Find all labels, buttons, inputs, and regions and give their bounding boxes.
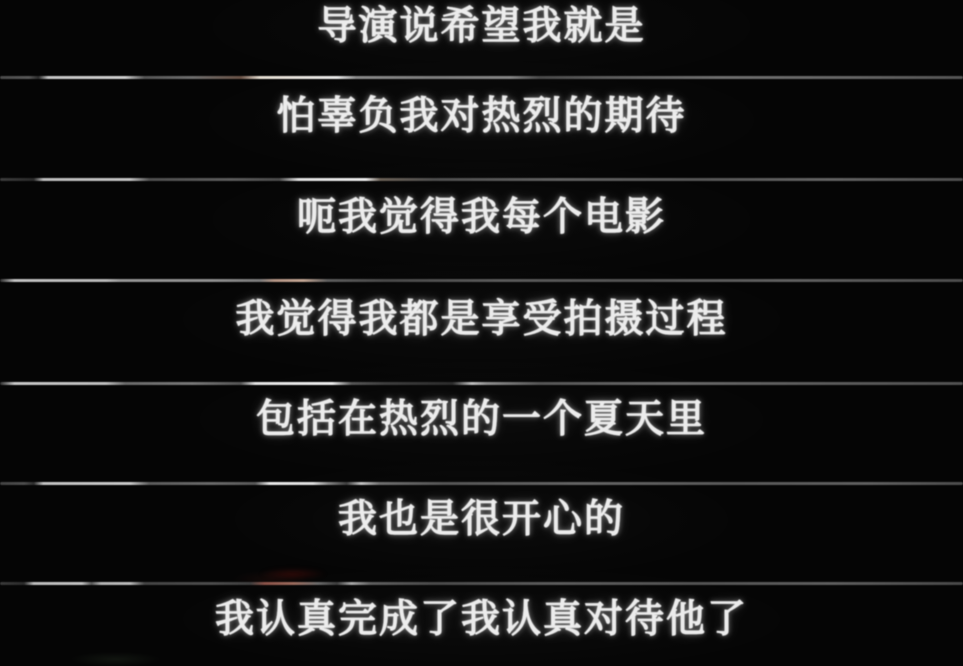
frame-seam [0, 382, 963, 385]
frame-seam [0, 482, 963, 485]
subtitle-line: 我也是很开心的 [0, 497, 963, 543]
frame-seam [0, 76, 963, 79]
subtitle-line: 怕辜负我对热烈的期待 [0, 94, 963, 140]
video-noise-red-glow [248, 566, 338, 582]
frame-seam [0, 582, 963, 585]
subtitle-line: 包括在热烈的一个夏天里 [0, 397, 963, 443]
subtitle-line: 我认真完成了我认真对待他了 [0, 597, 963, 643]
subtitle-line: 呃我觉得我每个电影 [0, 195, 963, 241]
subtitle-stack-screenshot: 导演说希望我就是 怕辜负我对热烈的期待 呃我觉得我每个电影 我觉得我都是享受拍摄… [0, 0, 963, 666]
frame-seam [0, 178, 963, 181]
subtitle-line: 导演说希望我就是 [0, 4, 963, 50]
frame-seam [0, 279, 963, 282]
subtitle-line: 我觉得我都是享受拍摄过程 [0, 297, 963, 343]
